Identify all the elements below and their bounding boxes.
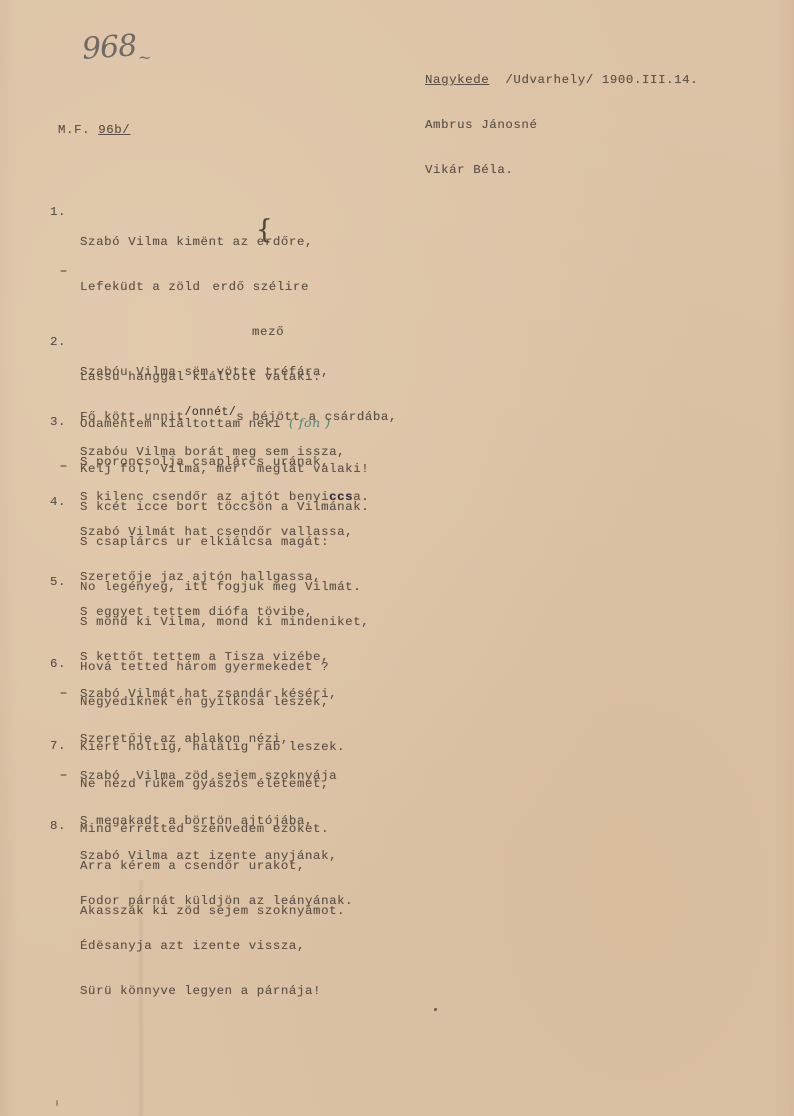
verse-line-start: Lefeküdt a zöld <box>80 280 201 294</box>
catalog-number: 96b/ <box>98 123 130 137</box>
recording-header: Nagykede /Udvarhely/ 1900.III.14. Ambrus… <box>425 43 698 193</box>
singer-name: Ambrus Jánosné <box>425 118 698 133</box>
dialogue-dash: – <box>60 264 68 279</box>
dialogue-dash: – <box>60 459 68 474</box>
stanza-1: 1. Szabó Vilma kimënt az erdőre, Lefeküd… <box>50 205 66 280</box>
stanza-number: 2. <box>50 335 66 350</box>
verse-line: Szabó Vilma kimënt az erdőre, <box>80 235 369 250</box>
archive-number-mark: ~ <box>138 48 151 67</box>
collector-name: Vikár Béla. <box>425 163 698 178</box>
dialogue-dash: – <box>60 686 68 701</box>
paper-speck <box>434 1008 437 1011</box>
catalog-reference: M.F. 96b/ <box>58 123 130 138</box>
verse-line: Szabóu Vilma sëm vötte tréfára, <box>80 365 397 380</box>
variant-main: erdő szélire <box>213 280 309 294</box>
stanza-number: 5. <box>50 575 66 590</box>
verse-line: Édësanyja azt izente vissza, <box>80 939 353 954</box>
stanza-8: 8. Szabó Vilma azt izente anyjának, Fodo… <box>50 819 66 864</box>
stanza-3: 3. Szabóu Vilma borát meg sem issza, S k… <box>50 415 66 475</box>
verse-line: Szabó Vilma zöd sejem szoknyája <box>80 769 345 784</box>
stanza-number: 4. <box>50 495 66 510</box>
catalog-prefix: M.F. <box>58 123 90 137</box>
archive-number-handwritten: 968 <box>81 28 138 67</box>
verse-line: S eggyet tettem diófa tövibe, <box>80 605 345 620</box>
stanza-6: 6. Szabó Vilmát hat zsandár késéri, Szer… <box>50 657 66 717</box>
place-name: Nagykede <box>425 73 489 87</box>
verse-line: Sürü könnyve legyen a párnája! <box>80 984 353 999</box>
stanza-7: 7. Szabó Vilma zöd sejem szoknyája S meg… <box>50 739 66 799</box>
stanza-number: 3. <box>50 415 66 430</box>
recording-date: 1900.III.14. <box>602 73 698 87</box>
region-name: /Udvarhely/ <box>505 73 593 87</box>
dialogue-dash: – <box>60 768 68 783</box>
verse-line: Lefeküdt a zölderdő szélire <box>80 280 369 295</box>
stanza-number: 1. <box>50 205 66 220</box>
stanza-number: 8. <box>50 819 66 834</box>
verse-line: Szabó Vilma azt izente anyjának, <box>80 849 353 864</box>
stanza-2: 2. Szabóu Vilma sëm vötte tréfára, Fő kö… <box>50 335 66 380</box>
place-date-line: Nagykede /Udvarhely/ 1900.III.14. <box>425 73 698 88</box>
stanza-number: 7. <box>50 739 66 754</box>
verse-line: Szabó Vilmát hat zsandár késéri, <box>80 687 337 702</box>
stanza-5: 5. S eggyet tettem diófa tövibe, S kettő… <box>50 575 66 620</box>
verse-line: Szabó Vilmát hat csendőr vallassa, <box>80 525 369 540</box>
stanza-4: 4. Szabó Vilmát hat csendőr vallassa, Sz… <box>50 495 66 540</box>
stanza-number: 6. <box>50 657 66 672</box>
verse-line: Fodor párnát küldjön az leányának. <box>80 894 353 909</box>
verse-line: Szabóu Vilma borát meg sem issza, <box>80 445 369 460</box>
variant-brace: { <box>256 217 273 243</box>
paper-speck <box>56 1100 58 1106</box>
